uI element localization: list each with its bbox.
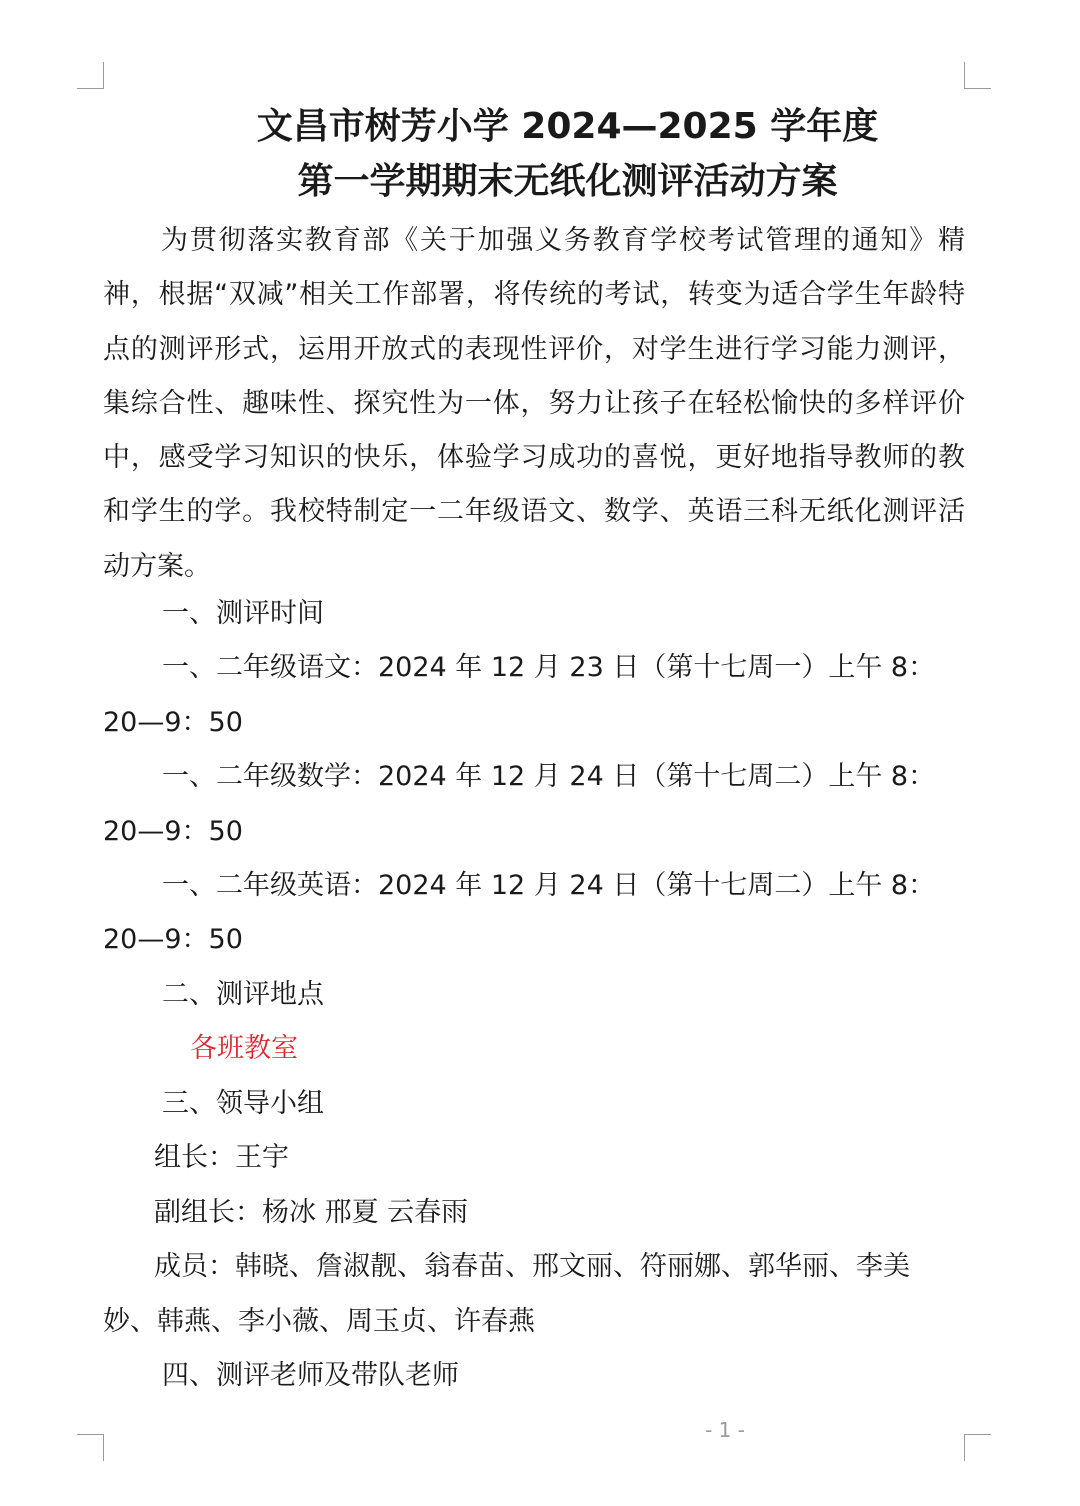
- schedule-math-line1: 一、二年级数学：2024 年 12 月 24 日（第十七周二）上午 8：: [162, 760, 935, 794]
- location-value: 各班教室: [190, 1032, 298, 1066]
- document-title-line-2: 第一学期期末无纸化测评活动方案: [0, 153, 1080, 204]
- section-heading-leadership: 三、领导小组: [162, 1087, 324, 1121]
- schedule-chinese-line1: 一、二年级语文：2024 年 12 月 23 日（第十七周一）上午 8：: [162, 651, 935, 685]
- page-corner-mark-bottom-left: [77, 1434, 104, 1461]
- page-corner-mark-top-right: [964, 62, 991, 89]
- schedule-chinese-line2: 20—9：50: [103, 706, 243, 740]
- members-line2: 妙、韩燕、李小薇、周玉贞、许春燕: [103, 1305, 535, 1339]
- section-heading-teachers: 四、测评老师及带队老师: [162, 1359, 459, 1393]
- deputy-leaders: 副组长：杨冰 邢夏 云春雨: [154, 1196, 468, 1230]
- page-corner-mark-top-left: [77, 62, 104, 89]
- members-line1: 成员：韩晓、詹淑靓、翁春苗、邢文丽、符丽娜、郭华丽、李美: [154, 1250, 910, 1284]
- intro-paragraph: 为贯彻落实教育部《关于加强义务教育学校考试管理的通知》精神，根据“双减”相关工作…: [103, 214, 965, 594]
- page-number: - 1 -: [690, 1418, 760, 1442]
- document-title-line-1: 文昌市树芳小学 2024—2025 学年度: [0, 98, 1080, 149]
- group-leader: 组长：王宇: [154, 1141, 289, 1175]
- section-heading-location: 二、测评地点: [162, 978, 324, 1012]
- section-heading-time: 一、测评时间: [162, 597, 324, 631]
- schedule-english-line2: 20—9：50: [103, 923, 243, 957]
- schedule-english-line1: 一、二年级英语：2024 年 12 月 24 日（第十七周二）上午 8：: [162, 869, 935, 903]
- page-corner-mark-bottom-right: [964, 1434, 991, 1461]
- schedule-math-line2: 20—9：50: [103, 815, 243, 849]
